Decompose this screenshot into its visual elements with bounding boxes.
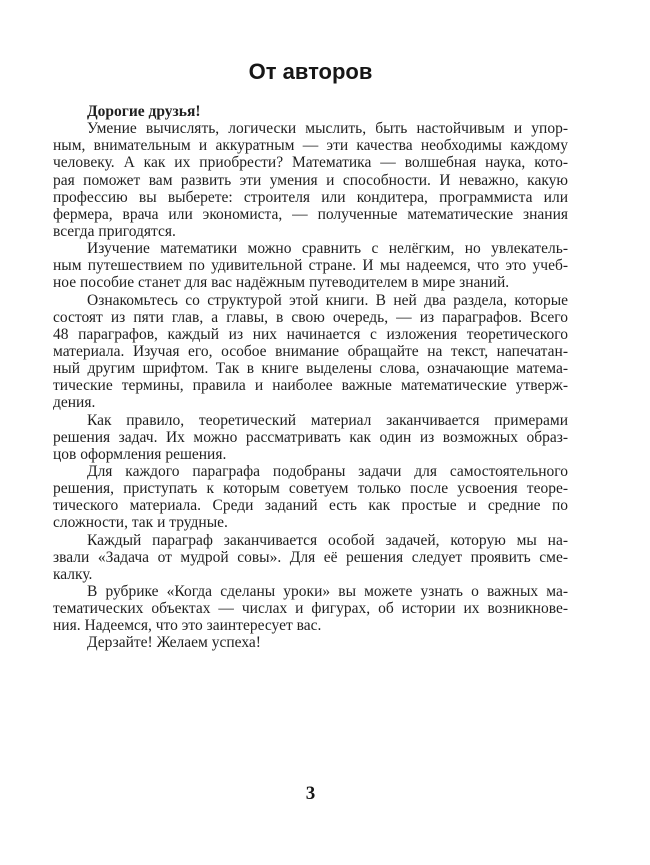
text-line: ным путешествием по удивительной стране.… xyxy=(53,257,568,274)
text-line: Каждый параграф заканчивается особой зад… xyxy=(53,532,568,549)
book-page: От авторов Дорогие друзья!Умение вычисля… xyxy=(0,0,650,865)
text-line: Для каждого параграфа подобраны задачи д… xyxy=(53,463,568,480)
text-line: рая поможет вам развить эти умения и спо… xyxy=(53,172,568,189)
text-line: сложности, так и трудные. xyxy=(53,514,568,531)
text-line: состоят из пяти глав, а главы, в свою оч… xyxy=(53,309,568,326)
text-line: В рубрике «Когда сделаны уроки» вы может… xyxy=(53,583,568,600)
text-line: Дерзайте! Желаем успеха! xyxy=(53,634,568,651)
page-title: От авторов xyxy=(53,58,568,85)
text-line: решения задач. Их можно рассматривать ка… xyxy=(53,429,568,446)
text-line: ния. Надеемся, что это заинтересует вас. xyxy=(53,617,568,634)
text-line: Дорогие друзья! xyxy=(53,103,568,120)
body-text: Дорогие друзья!Умение вычислять, логичес… xyxy=(53,103,568,652)
text-line: профессию вы выберете: строителя или кон… xyxy=(53,189,568,206)
text-line: ным, внимательным и аккуратным — эти кач… xyxy=(53,137,568,154)
text-line: ный другим шрифтом. Так в книге выделены… xyxy=(53,360,568,377)
text-line: 48 параграфов, каждый из них начинается … xyxy=(53,326,568,343)
text-line: материала. Изучая его, особое внимание о… xyxy=(53,343,568,360)
page-number: 3 xyxy=(53,783,568,805)
text-line: решения, приступать к которым советуем т… xyxy=(53,480,568,497)
text-line: калку. xyxy=(53,566,568,583)
text-line: Изучение математики можно сравнить с нел… xyxy=(53,240,568,257)
text-line: дения. xyxy=(53,394,568,411)
text-line: фермера, врача или экономиста, — получен… xyxy=(53,206,568,223)
text-line: тического материала. Среди заданий есть … xyxy=(53,497,568,514)
text-line: ное пособие станет для вас надёжным путе… xyxy=(53,274,568,291)
text-line: Как правило, теоретический материал зака… xyxy=(53,412,568,429)
text-line: тематических объектах — числах и фигурах… xyxy=(53,600,568,617)
text-line: Ознакомьтесь со структурой этой книги. В… xyxy=(53,292,568,309)
text-line: цов оформления решения. xyxy=(53,446,568,463)
text-line: всегда пригодятся. xyxy=(53,223,568,240)
text-line: звали «Задача от мудрой совы». Для её ре… xyxy=(53,549,568,566)
text-line: тические термины, правила и наиболее важ… xyxy=(53,377,568,394)
text-line: человеку. А как их приобрести? Математик… xyxy=(53,154,568,171)
text-line: Умение вычислять, логически мыслить, быт… xyxy=(53,120,568,137)
